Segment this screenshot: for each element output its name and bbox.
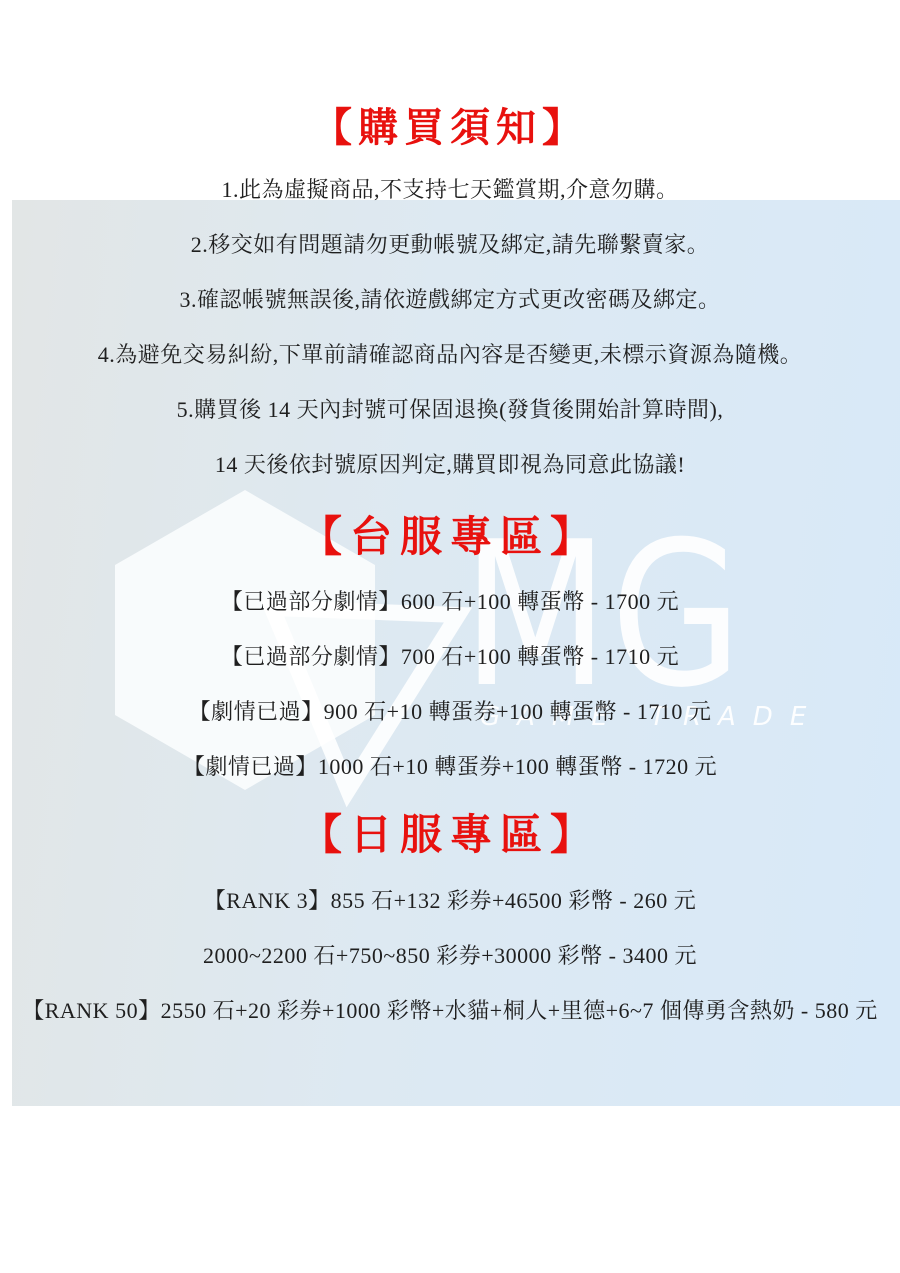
notice-item-5-continued: 14 天後依封號原因判定,購買即視為同意此協議! <box>0 452 900 478</box>
notice-item-4: 4.為避免交易糾紛,下單前請確認商品內容是否變更,未標示資源為隨機。 <box>0 342 900 368</box>
section-title-tw: 【台服專區】 <box>0 504 900 564</box>
section-title-jp: 【日服專區】 <box>0 802 900 862</box>
notice-title: 【購買須知】 <box>0 96 900 153</box>
jp-product-line: 【RANK 50】2550 石+20 彩券+1000 彩幣+水貓+桐人+里德+6… <box>0 998 900 1024</box>
jp-product-line: 【RANK 3】855 石+132 彩券+46500 彩幣 - 260 元 <box>0 888 900 914</box>
notice-item-1: 1.此為虛擬商品,不支持七天鑑賞期,介意勿購。 <box>0 177 900 203</box>
tw-product-line: 【已過部分劇情】600 石+100 轉蛋幣 - 1700 元 <box>0 589 900 615</box>
jp-product-line: 2000~2200 石+750~850 彩券+30000 彩幣 - 3400 元 <box>0 943 900 969</box>
tw-product-line: 【劇情已過】900 石+10 轉蛋券+100 轉蛋幣 - 1710 元 <box>0 699 900 725</box>
notice-item-5: 5.購買後 14 天內封號可保固退換(發貨後開始計算時間), <box>0 397 900 423</box>
tw-product-line: 【劇情已過】1000 石+10 轉蛋券+100 轉蛋幣 - 1720 元 <box>0 754 900 780</box>
notice-item-2: 2.移交如有問題請勿更動帳號及綁定,請先聯繫賣家。 <box>0 232 900 258</box>
notice-item-3: 3.確認帳號無誤後,請依遊戲綁定方式更改密碼及綁定。 <box>0 287 900 313</box>
tw-product-line: 【已過部分劇情】700 石+100 轉蛋幣 - 1710 元 <box>0 644 900 670</box>
